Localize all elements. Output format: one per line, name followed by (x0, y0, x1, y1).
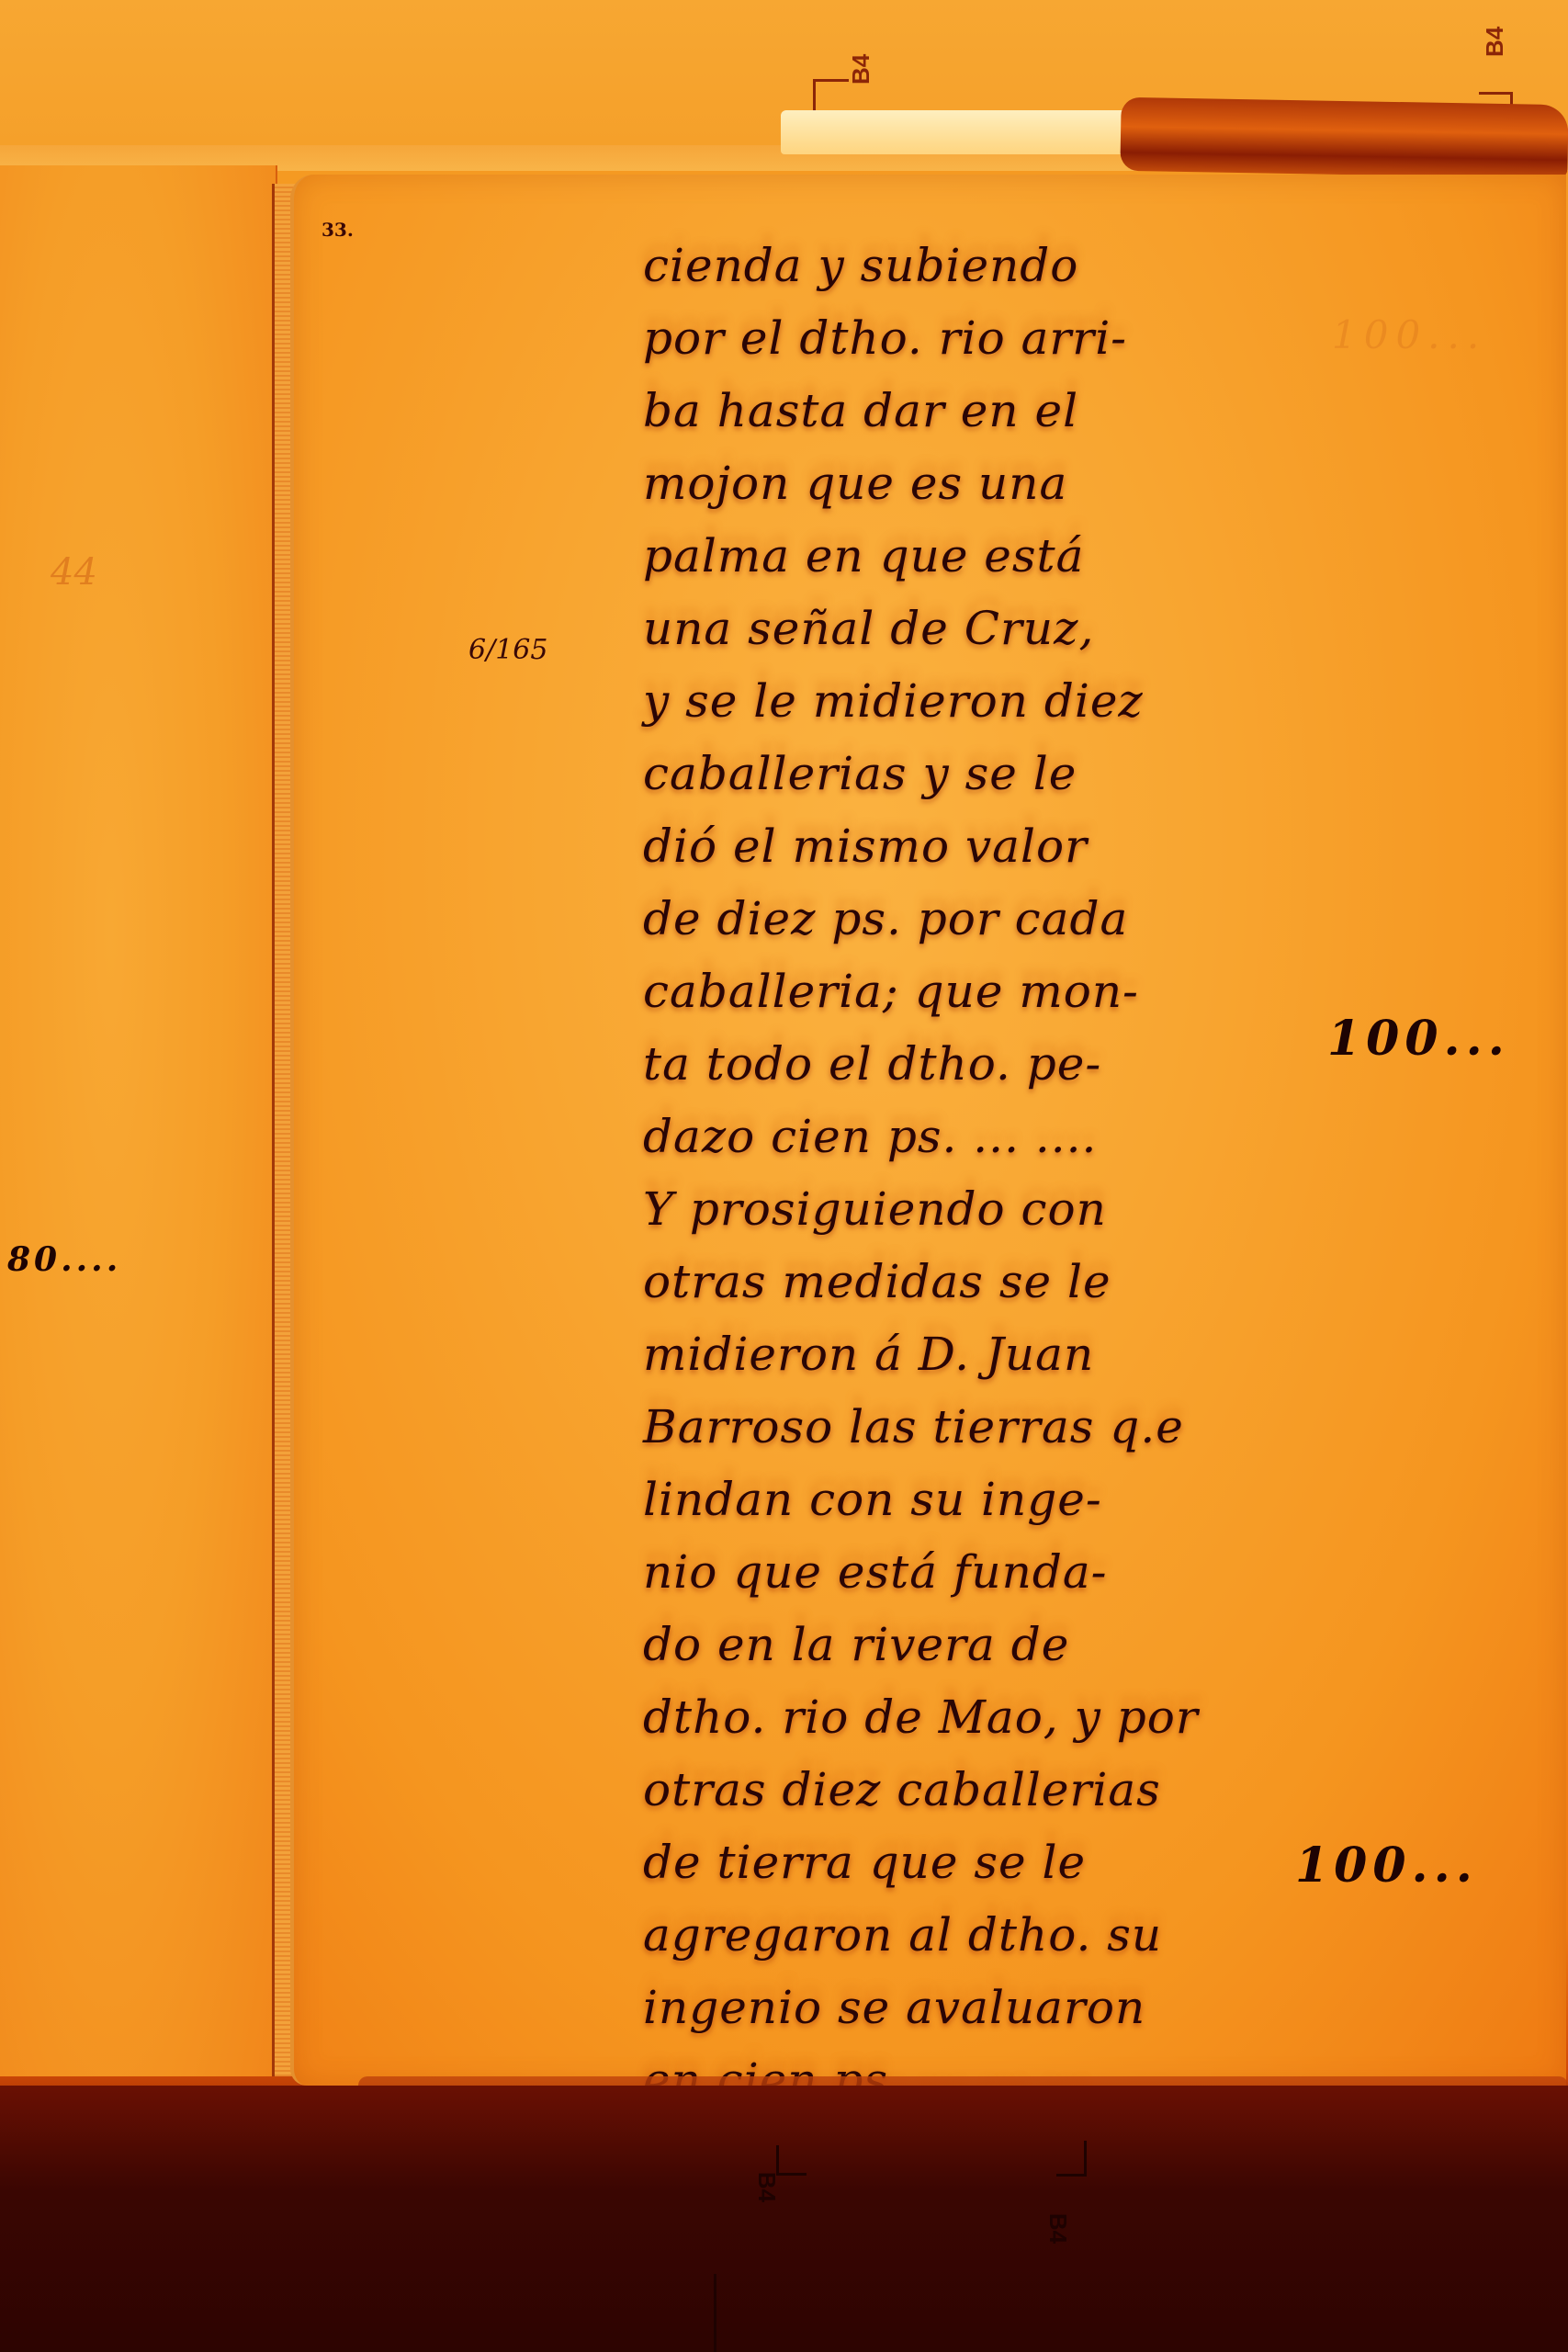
manuscript-line: lindan con su inge- (643, 1464, 1286, 1536)
archive-marker-top-right: B4 (1481, 27, 1509, 57)
manuscript-body: cienda y subiendo por el dtho. rio arri-… (643, 230, 1286, 2262)
amount-entry-1: 100... (1327, 1011, 1510, 1067)
left-page-amount: 80.... (7, 1240, 121, 1279)
manuscript-line: Y prosiguiendo con (643, 1173, 1286, 1246)
crop-mark-bottom-right (1056, 2141, 1087, 2177)
manuscript-line: do en la rivera de (643, 1609, 1286, 1681)
archive-marker-bottom-right: B4 (1043, 2213, 1072, 2244)
amount-entry-2: 100... (1295, 1837, 1478, 1894)
manuscript-line: ba hasta dar en el (643, 375, 1286, 447)
manuscript-line: nio que está funda- (643, 1536, 1286, 1609)
left-page: 44 80.... (0, 165, 277, 2076)
manuscript-line: palma en que está (643, 520, 1286, 593)
manuscript-line: otras diez caballerias (643, 1754, 1286, 1826)
folio-number: 33. (321, 219, 354, 241)
scale-tick (714, 2274, 716, 2352)
left-page-faded-mark: 44 (51, 551, 97, 594)
manuscript-line: de diez ps. por cada (643, 883, 1286, 955)
margin-reference: 6/165 (468, 634, 547, 666)
manuscript-line: midieron á D. Juan (643, 1318, 1286, 1391)
manuscript-line: dtho. rio de Mao, y por (643, 1681, 1286, 1754)
bleed-through-faded-text: 100... (1332, 312, 1486, 357)
crop-mark-top-left (813, 79, 849, 111)
manuscript-line: de tierra que se le (643, 1826, 1286, 1899)
manuscript-line: cienda y subiendo (643, 230, 1286, 302)
paper-tape (781, 110, 1130, 154)
manuscript-line: y se le midieron diez (643, 665, 1286, 738)
manuscript-line: agregaron al dtho. su (643, 1899, 1286, 1972)
archive-marker-bottom-left: B4 (752, 2172, 781, 2202)
binding-strip (1120, 97, 1568, 178)
manuscript-line: dió el mismo valor (643, 810, 1286, 883)
manuscript-line: mojon que es una (643, 447, 1286, 520)
archive-marker-top-left: B4 (847, 54, 875, 85)
manuscript-line: ta todo el dtho. pe- (643, 1028, 1286, 1101)
manuscript-line: una señal de Cruz, (643, 593, 1286, 665)
bottom-background (0, 2086, 1568, 2352)
manuscript-line: caballeria; que mon- (643, 955, 1286, 1028)
manuscript-line: Barroso las tierras q.e (643, 1391, 1286, 1464)
manuscript-line: otras medidas se le (643, 1246, 1286, 1318)
manuscript-line: dazo cien ps. ... .... (643, 1101, 1286, 1173)
manuscript-line: caballerias y se le (643, 738, 1286, 810)
manuscript-line: por el dtho. rio arri- (643, 302, 1286, 375)
manuscript-line: ingenio se avaluaron (643, 1972, 1286, 2044)
